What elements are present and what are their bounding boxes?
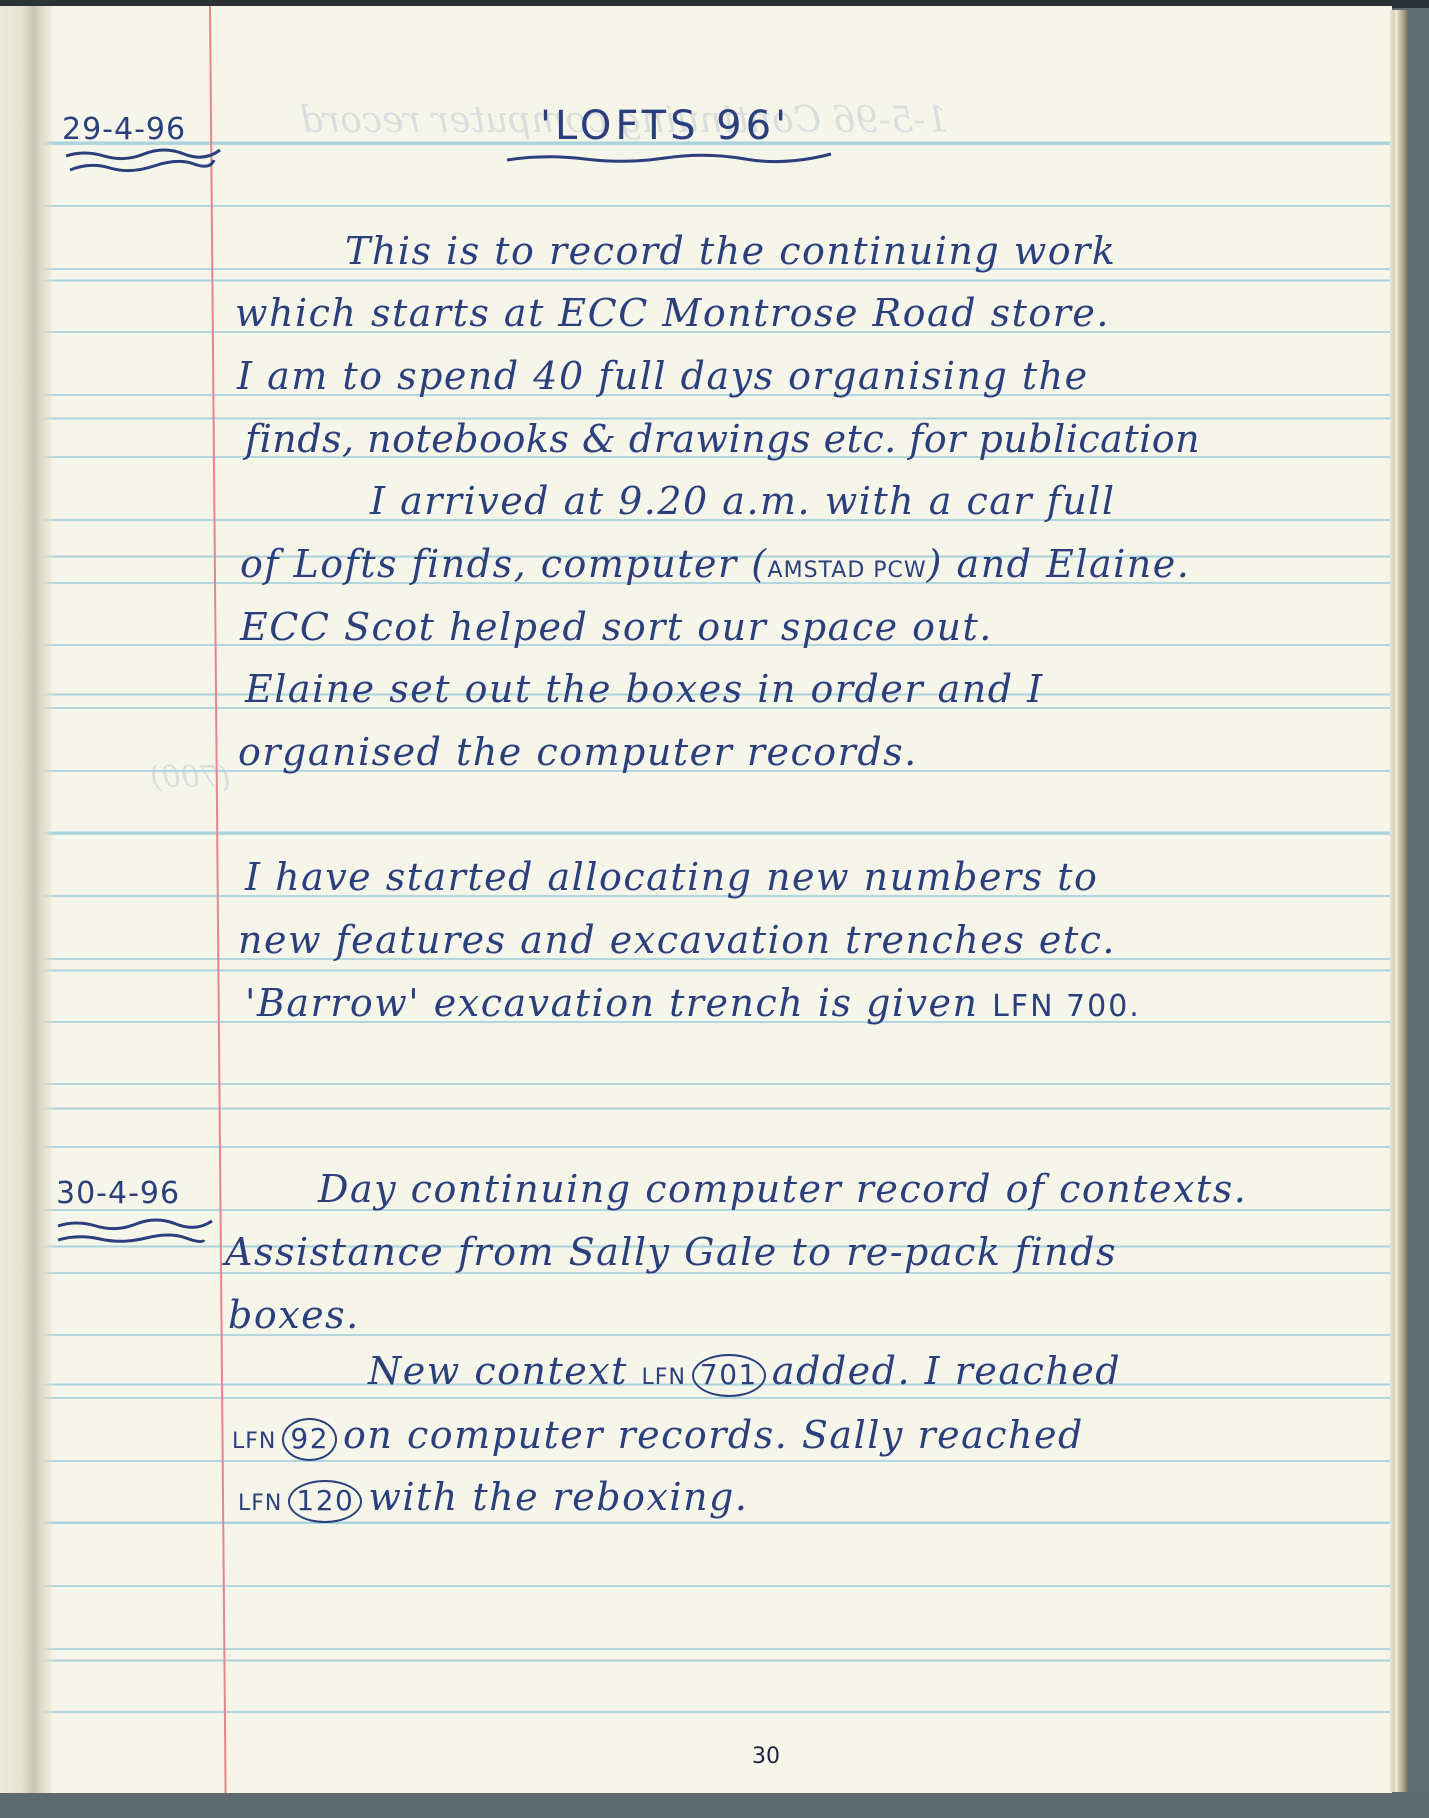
ruled-line	[0, 1334, 1392, 1336]
page-title: 'LOFTS 96'	[540, 103, 790, 149]
entry-line: I have started allocating new numbers to	[245, 858, 1098, 896]
lfn-label: LFN	[238, 1491, 282, 1516]
entry-line: New context LFN701added. I reached	[368, 1352, 1121, 1397]
ruled-line	[0, 1585, 1392, 1587]
ruled-line	[0, 1083, 1392, 1085]
entry-date: 29-4-96	[62, 112, 186, 147]
entry-line: Assistance from Sally Gale to re-pack fi…	[225, 1233, 1117, 1271]
title-underline	[505, 150, 835, 166]
entry-line: Day continuing computer record of contex…	[318, 1170, 1247, 1208]
circled-context-number: 120	[288, 1480, 362, 1523]
entry-line: I arrived at 9.20 a.m. with a car full	[370, 482, 1115, 520]
entry-line: Elaine set out the boxes in order and I	[245, 670, 1044, 708]
computer-model: AMSTAD PCW	[768, 558, 927, 583]
entry-line: finds, notebooks & drawings etc. for pub…	[245, 420, 1200, 458]
circled-context-number: 701	[692, 1354, 766, 1397]
line-text: on computer records. Sally reached	[343, 1413, 1084, 1457]
circled-context-number: 92	[282, 1418, 337, 1461]
ruled-line	[0, 205, 1392, 207]
line-text: of Lofts finds, computer (	[240, 542, 768, 586]
entry-date: 30-4-96	[56, 1176, 180, 1211]
entry-line: new features and excavation trenches etc…	[238, 921, 1116, 959]
line-text: 'Barrow' excavation trench is given	[245, 981, 979, 1025]
binding-gutter	[0, 6, 52, 1793]
entry-line: boxes.	[228, 1296, 360, 1334]
date-double-underline	[64, 148, 224, 176]
page-number: 30	[752, 1744, 780, 1769]
entry-line: I am to spend 40 full days organising th…	[237, 357, 1089, 395]
date-double-underline	[56, 1218, 216, 1246]
entry-line: 'Barrow' excavation trench is given LFN …	[245, 984, 1141, 1022]
line-text-tail: ) and Elaine.	[927, 542, 1191, 586]
lfn-label: LFN	[232, 1429, 276, 1454]
entry-line: LFN120with the reboxing.	[238, 1478, 748, 1523]
entry-line: ECC Scot helped sort our space out.	[240, 608, 993, 646]
entry-line: which starts at ECC Montrose Road store.	[235, 294, 1110, 332]
entry-line: This is to record the continuing work	[345, 232, 1116, 270]
ruled-line	[0, 1397, 1392, 1399]
ruled-line	[0, 833, 1392, 835]
notebook-page	[0, 6, 1392, 1793]
page-edges	[1390, 10, 1408, 1792]
line-text: New context	[368, 1349, 628, 1393]
entry-line: LFN92on computer records. Sally reached	[232, 1416, 1084, 1461]
line-text: added. I reached	[772, 1349, 1121, 1393]
ruled-line	[0, 1648, 1392, 1650]
lfn-number: LFN 700.	[992, 989, 1141, 1024]
show-through-circle: (700)	[150, 760, 231, 795]
lfn-label: LFN	[642, 1365, 686, 1390]
ruled-line	[0, 1711, 1392, 1713]
line-text: with the reboxing.	[368, 1475, 748, 1519]
entry-line: organised the computer records.	[238, 733, 918, 771]
ruled-line	[0, 1146, 1392, 1148]
scan-bottom-edge	[0, 1793, 1429, 1818]
entry-line: of Lofts finds, computer (AMSTAD PCW) an…	[240, 545, 1190, 583]
